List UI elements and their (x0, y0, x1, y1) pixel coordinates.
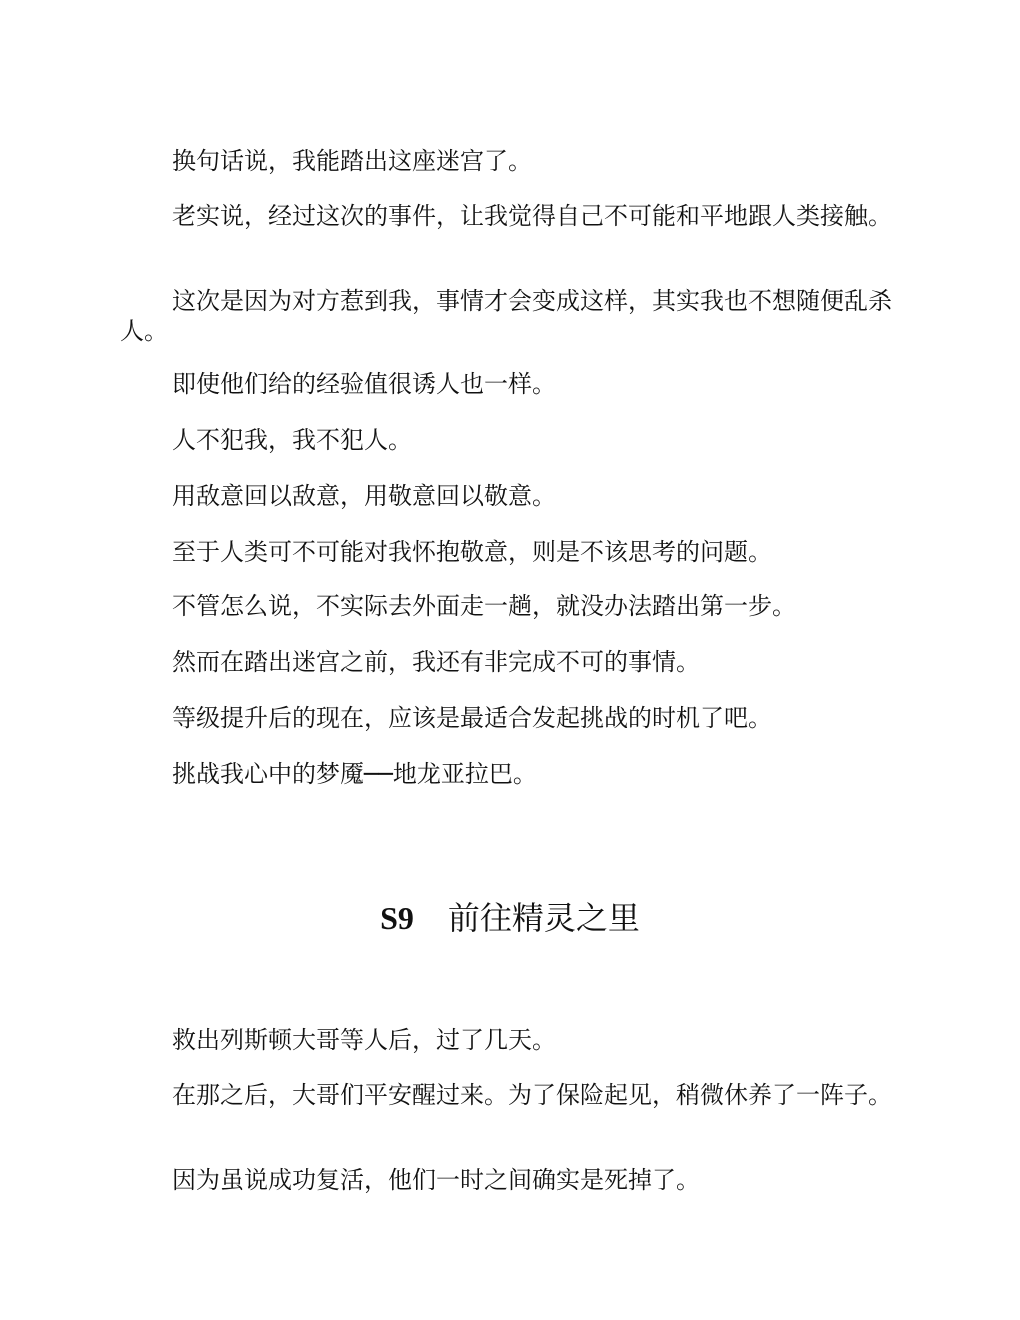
paragraph: 在那之后，大哥们平安醒过来。为了保险起见，稍微休养了一阵子。 (120, 1080, 900, 1110)
paragraph: 挑战我心中的梦魇──地龙亚拉巴。 (120, 759, 900, 789)
section-title: 前往精灵之里 (448, 899, 640, 937)
section-heading: S9前往精灵之里 (0, 898, 1020, 938)
paragraph: 老实说，经过这次的事件，让我觉得自己不可能和平地跟人类接触。 (120, 201, 900, 231)
paragraph: 不管怎么说，不实际去外面走一趟，就没办法踏出第一步。 (120, 591, 900, 621)
paragraph: 换句话说，我能踏出这座迷宫了。 (120, 146, 900, 176)
paragraph: 人不犯我，我不犯人。 (120, 425, 900, 455)
paragraph: 等级提升后的现在，应该是最适合发起挑战的时机了吧。 (120, 703, 900, 733)
paragraph: 救出列斯顿大哥等人后，过了几天。 (120, 1025, 900, 1055)
paragraph: 因为虽说成功复活，他们一时之间确实是死掉了。 (120, 1165, 900, 1195)
paragraph: 然而在踏出迷宫之前，我还有非完成不可的事情。 (120, 647, 900, 677)
document-page: 换句话说，我能踏出这座迷宫了。 老实说，经过这次的事件，让我觉得自己不可能和平地… (0, 0, 1020, 1320)
paragraph: 用敌意回以敌意，用敬意回以敬意。 (120, 481, 900, 511)
paragraph: 这次是因为对方惹到我，事情才会变成这样，其实我也不想随便乱杀人。 (120, 286, 900, 346)
section-number: S9 (380, 900, 414, 936)
paragraph: 至于人类可不可能对我怀抱敬意，则是不该思考的问题。 (120, 537, 900, 567)
paragraph: 即使他们给的经验值很诱人也一样。 (120, 369, 900, 399)
